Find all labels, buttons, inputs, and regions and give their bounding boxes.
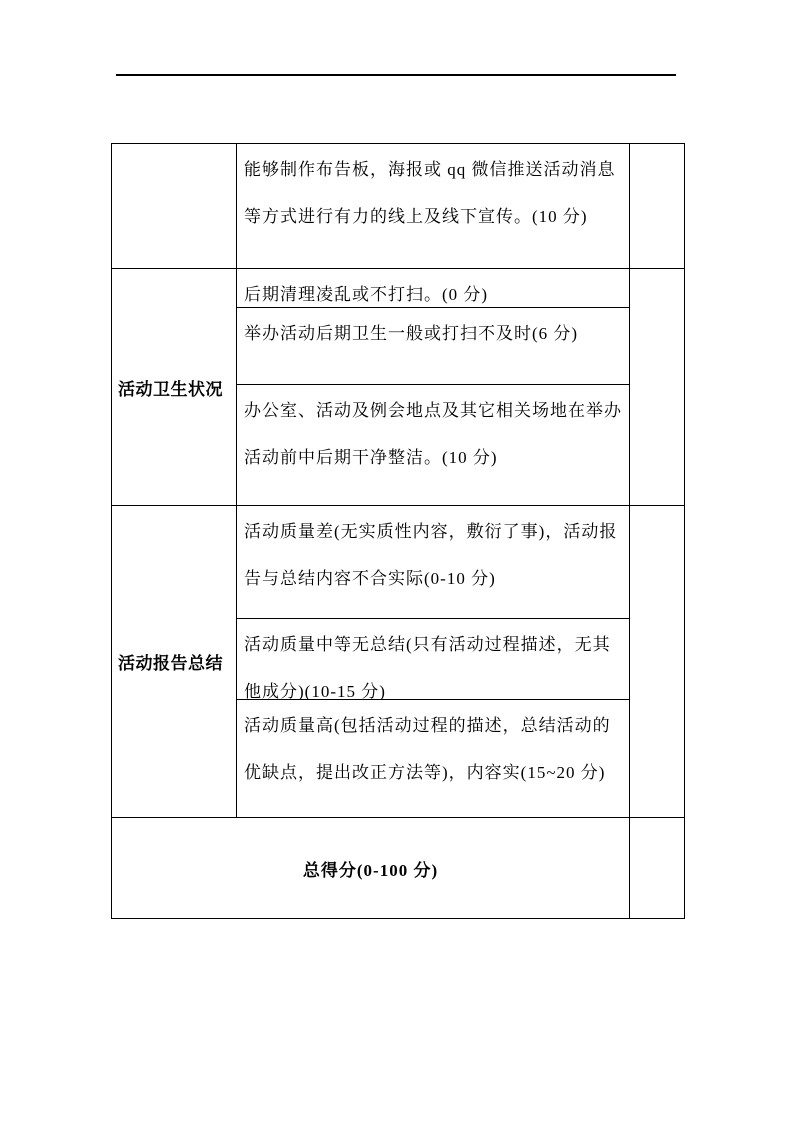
criteria-cell: 活动质量差(无实质性内容，敷衍了事)，活动报告与总结内容不合实际(0-10 分) [237, 506, 630, 619]
category-cell-report: 活动报告总结 [112, 506, 237, 818]
criteria-cell: 举办活动后期卫生一般或打扫不及时(6 分) [237, 308, 630, 385]
criteria-cell: 后期清理凌乱或不打扫。(0 分) [237, 269, 630, 308]
category-cell-hygiene: 活动卫生状况 [112, 269, 237, 506]
score-cell [630, 506, 684, 818]
criteria-cell: 活动质量中等无总结(只有活动过程描述，无其他成分)(10-15 分) [237, 619, 630, 700]
document-page: 能够制作布告板，海报或 qq 微信推送活动消息等方式进行有力的线上及线下宣传。(… [0, 0, 793, 1122]
criteria-cell: 办公室、活动及例会地点及其它相关场地在举办活动前中后期干净整洁。(10 分) [237, 385, 630, 506]
criteria-cell: 活动质量高(包括活动过程的描述，总结活动的优缺点，提出改正方法等)，内容实(15… [237, 700, 630, 818]
score-cell [630, 144, 684, 269]
evaluation-table: 能够制作布告板，海报或 qq 微信推送活动消息等方式进行有力的线上及线下宣传。(… [111, 143, 685, 919]
score-cell [630, 818, 684, 918]
category-cell-empty [112, 144, 237, 269]
page-header-rule [116, 74, 676, 76]
total-score-cell: 总得分(0-100 分) [112, 818, 630, 918]
criteria-cell: 能够制作布告板，海报或 qq 微信推送活动消息等方式进行有力的线上及线下宣传。(… [237, 144, 630, 269]
score-cell [630, 269, 684, 506]
